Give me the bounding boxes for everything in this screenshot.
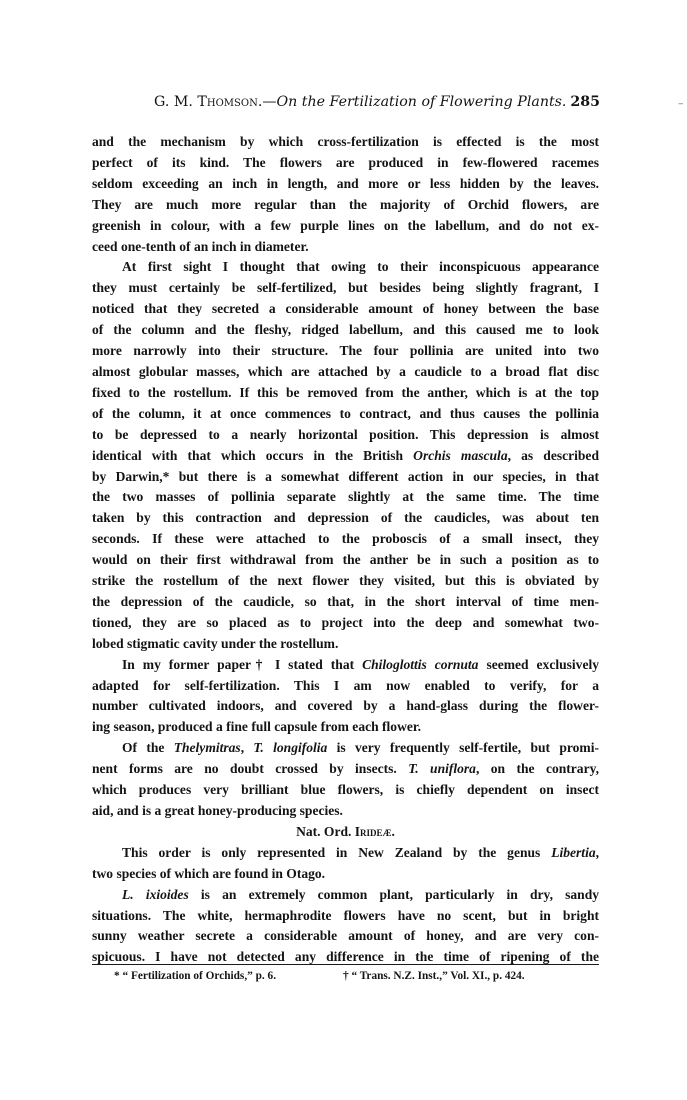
text-line: to be depressed to a nearly horizontal p…: [92, 425, 599, 446]
text-segment: nent forms are no doubt crossed by insec…: [92, 761, 408, 776]
paragraph-2: At first sight I thought that owing to t…: [92, 257, 599, 654]
paragraph-1: and the mechanism by which cross-fertili…: [92, 132, 599, 257]
text-segment: In my former paper† I stated that: [122, 657, 362, 672]
species-name: T. longifolia: [253, 740, 327, 755]
text-segment: This order is only represented in New Ze…: [122, 845, 551, 860]
text-line: of the column, it at once commences to c…: [92, 404, 599, 425]
genus-name: Libertia: [551, 845, 595, 860]
text-line: This order is only represented in New Ze…: [92, 843, 599, 864]
text-segment: identical with that which occurs in the …: [92, 448, 413, 463]
text-segment: ,: [596, 845, 599, 860]
text-line: which produces very brilliant blue flowe…: [92, 780, 599, 801]
header-title: On the Fertilization of Flowering Plants…: [277, 94, 567, 110]
text-line: identical with that which occurs in the …: [92, 446, 599, 467]
text-segment: ,: [241, 740, 254, 755]
text-line: two species of which are found in Otago.: [92, 864, 599, 885]
text-line: the depression of the caudicle, so that,…: [92, 592, 599, 613]
paragraph-6: L. ixioides is an extremely common plant…: [92, 885, 599, 969]
text-line: ing season, produced a fine full capsule…: [92, 717, 599, 738]
text-line: They are much more regular than the majo…: [92, 195, 599, 216]
text-line: At first sight I thought that owing to t…: [92, 257, 599, 278]
species-name: Chiloglottis cornuta: [362, 657, 478, 672]
text-line: nent forms are no doubt crossed by insec…: [92, 759, 599, 780]
text-line: situations. The white, hermaphrodite flo…: [92, 906, 599, 927]
text-line: would on their first withdrawal from the…: [92, 550, 599, 571]
text-line: more narrowly into their structure. The …: [92, 341, 599, 362]
text-segment: seemed exclusively: [478, 657, 599, 672]
species-name: Orchis mascula: [413, 448, 507, 463]
text-segment: , as described: [508, 448, 599, 463]
margin-mark: –: [678, 97, 684, 110]
text-line: almost globular masses, which are attach…: [92, 362, 599, 383]
footnote-rule: [92, 964, 599, 965]
heading-order-name: Irideæ.: [355, 824, 395, 839]
text-line: fixed to the rostellum. If this be remov…: [92, 383, 599, 404]
paragraph-4: Of the Thelymitras, T. longifolia is ver…: [92, 738, 599, 822]
text-line: seconds. If these were attached to the p…: [92, 529, 599, 550]
text-segment: , on the contrary,: [476, 761, 599, 776]
heading-line: Nat. Ord. Irideæ.: [92, 822, 599, 843]
text-line: and the mechanism by which cross-fertili…: [92, 132, 599, 153]
text-line: spicuous. I have not detected any differ…: [92, 947, 599, 968]
text-line: tioned, they are so placed as to project…: [92, 613, 599, 634]
text-line: noticed that they secreted a considerabl…: [92, 299, 599, 320]
text-line: strike the rostellum of the next flower …: [92, 571, 599, 592]
paragraph-5: This order is only represented in New Ze…: [92, 843, 599, 885]
text-line: by Darwin,* but there is a somewhat diff…: [92, 467, 599, 488]
header-dash: —: [262, 94, 276, 110]
text-line: In my former paper† I stated that Chilog…: [92, 655, 599, 676]
text-line: sunny weather secrete a considerable amo…: [92, 926, 599, 947]
text-line: number cultivated indoors, and covered b…: [92, 696, 599, 717]
text-line: L. ixioides is an extremely common plant…: [92, 885, 599, 906]
text-line: adapted for self-fertilization. This I a…: [92, 676, 599, 697]
text-line: the two masses of pollinia separate slig…: [92, 487, 599, 508]
text-segment: is very frequently self-fertile, but pro…: [327, 740, 599, 755]
text-line: seldom exceeding an inch in length, and …: [92, 174, 599, 195]
footnote-asterisk: * “ Fertilization of Orchids,” p. 6.: [114, 969, 276, 983]
text-line: they must certainly be self-fertilized, …: [92, 278, 599, 299]
genus-name: Thelymitras: [174, 740, 241, 755]
body-text: and the mechanism by which cross-fertili…: [92, 132, 599, 968]
text-line: greenish in colour, with a few purple li…: [92, 216, 599, 237]
species-name: T. uniflora: [408, 761, 476, 776]
section-heading: Nat. Ord. Irideæ.: [92, 822, 599, 843]
text-line: perfect of its kind. The flowers are pro…: [92, 153, 599, 174]
text-line: ceed one-tenth of an inch in diameter.: [92, 237, 599, 258]
text-line: aid, and is a great honey-producing spec…: [92, 801, 599, 822]
header-author: G. M. Thomson.: [154, 94, 262, 110]
text-line: lobed stigmatic cavity under the rostell…: [92, 634, 599, 655]
paragraph-3: In my former paper† I stated that Chilog…: [92, 655, 599, 739]
text-line: of the column and the fleshy, ridged lab…: [92, 320, 599, 341]
text-segment: is an extremely common plant, particular…: [189, 887, 599, 902]
heading-prefix: Nat. Ord.: [296, 824, 355, 839]
page-number: 285: [570, 93, 600, 111]
running-head: G. M. Thomson.—On the Fertilization of F…: [154, 93, 600, 111]
species-name: L. ixioides: [122, 887, 189, 902]
footnote-dagger: † “ Trans. N.Z. Inst.,” Vol. XI., p. 424…: [343, 969, 525, 983]
text-line: Of the Thelymitras, T. longifolia is ver…: [92, 738, 599, 759]
text-line: taken by this contraction and depression…: [92, 508, 599, 529]
text-segment: Of the: [122, 740, 174, 755]
